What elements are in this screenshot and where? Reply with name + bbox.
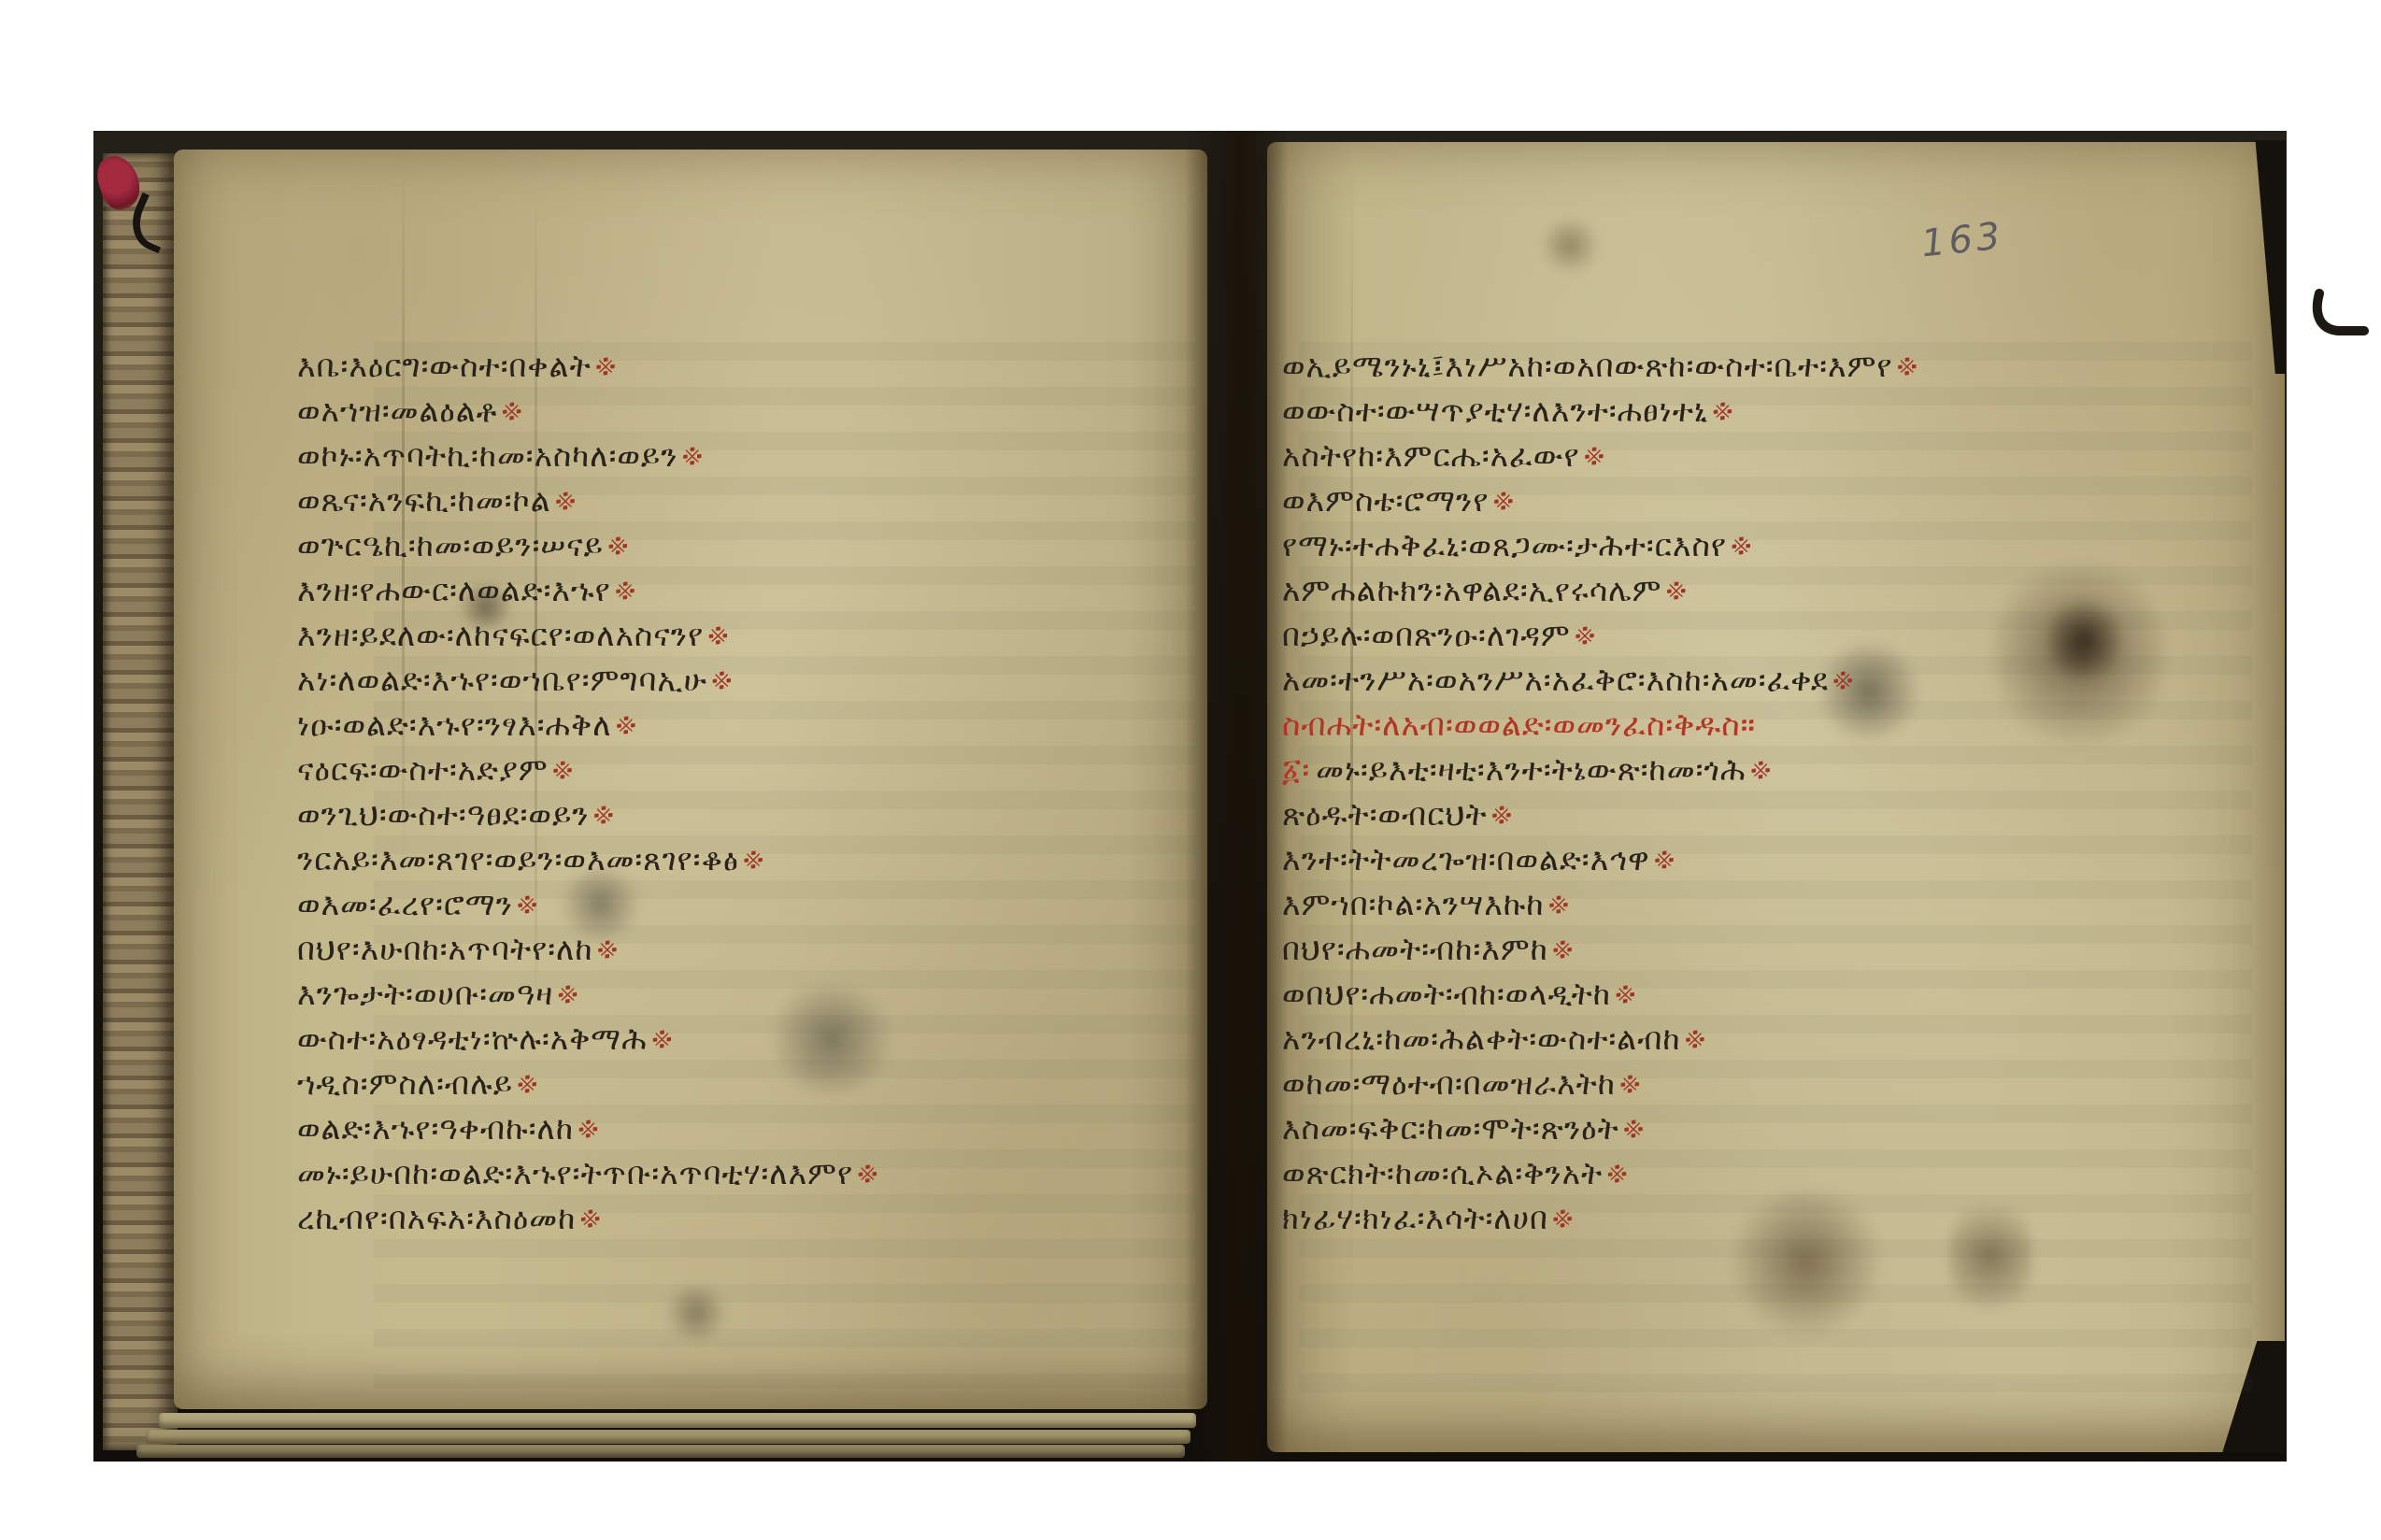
text-line: ኀዲስ፡ምስለ፡ብሉይ፠ (297, 1062, 879, 1106)
section-separator-mark: ፠ (579, 1200, 602, 1236)
gutter-shadow (1185, 131, 1288, 1462)
section-separator-mark: ፠ (1731, 527, 1753, 563)
section-separator-mark: ፠ (517, 886, 539, 922)
line-text: በህየ፡ሐመት፡ብከ፡እምከ (1282, 931, 1548, 967)
section-separator-mark: ፠ (597, 931, 620, 967)
line-text: ወልድ፡እኁየ፡ዓቀብኩ፡ለከ (297, 1110, 574, 1147)
section-separator-mark: ፠ (615, 572, 637, 608)
line-text: አንብረኒ፡ከመ፡ሕልቀት፡ውስተ፡ልብከ (1282, 1020, 1681, 1057)
line-text: ውስተ፡አዕፃዳቲነ፡ኵሉ፡አቅማሕ (297, 1020, 648, 1057)
section-separator-mark: ፠ (1552, 1200, 1575, 1236)
section-separator-mark: ፠ (1623, 1110, 1646, 1147)
line-text: ክነፊሃ፡ክነፈ፡እሳት፡ለሀበ (1282, 1200, 1548, 1236)
text-line: ወከመ፡ማዕተብ፡በመዝራእትከ፠ (1282, 1062, 1918, 1106)
line-text: ወጕርዔኪ፡ከመ፡ወይን፡ሠናይ (297, 527, 604, 563)
line-text: ናዕርፍ፡ውስተ፡አድያም (297, 751, 549, 788)
right-page-text: ወኢይሜንኑኒ፤እነሥአከ፡ወአበውጽከ፡ውስተ፡ቤተ፡እምየ፠ወውስተ፡ውሣጥ… (1282, 344, 1918, 1241)
line-text: ወንጊህ፡ውስተ፡ዓፀደ፡ወይን (297, 796, 590, 833)
page-stack-edge (136, 1445, 1185, 1458)
section-separator-mark: ፠ (707, 617, 730, 653)
text-line: ወእምስቴ፡ሮማንየ፠ (1282, 478, 1918, 523)
text-line: ወኮኑ፡አጥባትኪ፡ከመ፡አስካለ፡ወይን፠ (297, 434, 879, 478)
line-text: በህየ፡እሁበከ፡አጥባትየ፡ለከ (297, 931, 593, 967)
section-separator-mark: ፠ (651, 1020, 674, 1057)
text-line: ወልድ፡እኁየ፡ዓቀብኩ፡ለከ፠ (297, 1106, 879, 1151)
line-text: ወእመ፡ፈረየ፡ሮማን (297, 886, 513, 922)
section-separator-mark: ፠ (1575, 617, 1597, 653)
page-stack-edge (159, 1413, 1196, 1428)
section-separator-mark: ፠ (1615, 976, 1637, 1012)
text-line: በህየ፡ሐመት፡ብከ፡እምከ፠ (1282, 927, 1918, 972)
section-separator-mark: ፠ (743, 841, 765, 877)
line-text: እስመ፡ፍቅር፡ከመ፡ሞት፡ጽንዕት (1282, 1110, 1619, 1147)
line-text: ረኪብየ፡በአፍአ፡እስዕመከ (297, 1200, 576, 1236)
text-line: ወውስተ፡ውሣጥያቲሃ፡ለእንተ፡ሐፀነተኒ፠ (1282, 389, 1918, 434)
section-separator-mark: ፠ (1552, 931, 1575, 967)
text-line: ወኢይሜንኑኒ፤እነሥአከ፡ወአበውጽከ፡ውስተ፡ቤተ፡እምየ፠ (1282, 344, 1918, 389)
section-separator-mark: ፠ (1654, 841, 1676, 877)
section-separator-mark: ፠ (1685, 1020, 1707, 1057)
line-text: አምሐልኩክን፡አዋልደ፡ኢየሩሳሌም (1282, 572, 1661, 608)
line-text: ወጽርክት፡ከመ፡ሲኦል፡ቅንአት (1282, 1155, 1603, 1191)
line-text: ወውስተ፡ውሣጥያቲሃ፡ለእንተ፡ሐፀነተኒ (1282, 392, 1708, 429)
line-text: ወበህየ፡ሐመት፡ብከ፡ወላዲትከ (1282, 976, 1611, 1012)
line-text: መኑ፡ይሁበከ፡ወልድ፡እኁየ፡ትጥቡ፡አጥባቲሃ፡ለእምየ (297, 1155, 853, 1191)
line-text: የማኑ፡ተሐቅፈኒ፡ወጸጋሙ፡ታሕተ፡ርእስየ (1282, 527, 1727, 563)
text-line: ወንጊህ፡ውስተ፡ዓፀደ፡ወይን፠ (297, 792, 879, 837)
text-line: አመ፡ተንሥአ፡ወአንሥአ፡አፈቅሮ፡እስከ፡አመ፡ፈቀደ፠ (1282, 658, 1918, 703)
line-text: እንጐታት፡ወሀቡ፡መዓዛ (297, 976, 553, 1012)
text-line: ጽዕዱት፡ወብርህት፠ (1282, 792, 1918, 837)
section-separator-mark: ፠ (557, 976, 579, 1012)
section-separator-mark: ፠ (1712, 392, 1734, 429)
section-separator-mark: ፠ (1832, 662, 1855, 698)
line-text: አመ፡ተንሥአ፡ወአንሥአ፡አፈቅሮ፡እስከ፡አመ፡ፈቀደ (1282, 662, 1829, 698)
text-line: ወበህየ፡ሐመት፡ብከ፡ወላዲትከ፠ (1282, 972, 1918, 1017)
line-text: በኃይሉ፡ወበጽንዑ፡ለገዳም (1282, 617, 1571, 653)
text-line: የማኑ፡ተሐቅፈኒ፡ወጸጋሙ፡ታሕተ፡ርእስየ፠ (1282, 523, 1918, 568)
section-separator-mark: ፠ (501, 392, 523, 429)
left-page-text: እቤ፡እዕርግ፡ውስተ፡በቀልት፠ወአኀዝ፡መልዕልቶ፠ወኮኑ፡አጥባትኪ፡ከመ… (297, 344, 879, 1241)
line-text: ወአኀዝ፡መልዕልቶ (297, 392, 497, 429)
text-line: እንዘ፡ይደለው፡ለከናፍርየ፡ወለአስናንየ፠ (297, 613, 879, 658)
line-text: እንዘ፡የሐውር፡ለወልድ፡እኁየ (297, 572, 611, 608)
line-text: ጽዕዱት፡ወብርህት (1282, 796, 1488, 833)
text-line: ረኪብየ፡በአፍአ፡እስዕመከ፠ (297, 1196, 879, 1241)
text-line: ናዕርፍ፡ውስተ፡አድያም፠ (297, 748, 879, 792)
section-separator-mark: ፠ (1619, 1065, 1642, 1102)
stain (1948, 1191, 2032, 1322)
text-line: ነዑ፡ወልድ፡እኁየ፡ንፃእ፡ሐቅለ፠ (297, 703, 879, 748)
section-separator-mark: ፠ (593, 796, 616, 833)
text-line: ወአኀዝ፡መልዕልቶ፠ (297, 389, 879, 434)
line-text: ንርአይ፡እመ፡ጸገየ፡ወይን፡ወእመ፡ጸገየ፡ቆፅ (297, 841, 739, 877)
section-separator-mark: ፠ (711, 662, 734, 698)
line-text: ወከመ፡ማዕተብ፡በመዝራእትከ (1282, 1065, 1616, 1102)
text-line: ወጽርክት፡ከመ፡ሲኦል፡ቅንአት፠ (1282, 1151, 1918, 1196)
verse-numeral: ፩፡ (1282, 751, 1310, 788)
text-line: አነ፡ለወልድ፡እኁየ፡ወኀቤየ፡ምግባኢሁ፠ (297, 658, 879, 703)
text-line: እምኀበ፡ኮል፡አንሣእኩከ፠ (1282, 882, 1918, 927)
book-fore-edge (103, 153, 178, 1450)
scan-canvas: 163 እቤ፡እዕርግ፡ውስተ፡በቀልት፠ወአኀዝ፡መልዕልቶ፠ወኮኑ፡አጥባት… (0, 0, 2381, 1540)
text-line: እቤ፡እዕርግ፡ውስተ፡በቀልት፠ (297, 344, 879, 389)
text-line: ፩፡መኑ፡ይእቲ፡ዛቲ፡እንተ፡ትኔውጽ፡ከመ፡ጎሕ፠ (1282, 748, 1918, 792)
text-line: አንብረኒ፡ከመ፡ሕልቀት፡ውስተ፡ልብከ፠ (1282, 1017, 1918, 1062)
text-line: እንዘ፡የሐውር፡ለወልድ፡እኁየ፠ (297, 568, 879, 613)
section-separator-mark: ፠ (552, 751, 575, 788)
line-text: እንተ፡ትትመረጐዝ፡በወልድ፡እኅዋ (1282, 841, 1650, 877)
stain (1537, 220, 1603, 271)
line-text: እምኀበ፡ኮል፡አንሣእኩከ (1282, 886, 1545, 922)
section-separator-mark: ፠ (1665, 572, 1688, 608)
section-separator-mark: ፠ (857, 1155, 879, 1191)
section-separator-mark: ፠ (555, 482, 577, 519)
section-separator-mark: ፠ (1584, 437, 1606, 474)
text-line: ወጕርዔኪ፡ከመ፡ወይን፡ሠናይ፠ (297, 523, 879, 568)
line-text: መኑ፡ይእቲ፡ዛቲ፡እንተ፡ትኔውጽ፡ከመ፡ጎሕ (1316, 751, 1747, 788)
stain (663, 1285, 729, 1341)
section-separator-mark: ፠ (682, 437, 705, 474)
section-separator-mark: ፠ (1491, 796, 1514, 833)
text-line: ወጼና፡አንፍኪ፡ከመ፡ኮል፠ (297, 478, 879, 523)
folio-number: 163 (1919, 215, 2006, 266)
text-line: እንተ፡ትትመረጐዝ፡በወልድ፡እኅዋ፠ (1282, 837, 1918, 882)
text-line: እንጐታት፡ወሀቡ፡መዓዛ፠ (297, 972, 879, 1017)
line-text: ኀዲስ፡ምስለ፡ብሉይ (297, 1065, 513, 1102)
line-text: እቤ፡እዕርግ፡ውስተ፡በቀልት (297, 348, 592, 384)
stain (2046, 598, 2121, 682)
corner-ink-mark (2306, 288, 2377, 348)
text-line: እስመ፡ፍቅር፡ከመ፡ሞት፡ጽንዕት፠ (1282, 1106, 1918, 1151)
line-text: ስብሐት፡ለአብ፡ወወልድ፡ወመንፈስ፡ቅዱስ። (1282, 706, 1756, 743)
section-separator-mark: ፠ (1548, 886, 1571, 922)
text-line: በህየ፡እሁበከ፡አጥባትየ፡ለከ፠ (297, 927, 879, 972)
text-line: አምሐልኩክን፡አዋልደ፡ኢየሩሳሌም፠ (1282, 568, 1918, 613)
text-line: ወእመ፡ፈረየ፡ሮማን፠ (297, 882, 879, 927)
section-separator-mark: ፠ (607, 527, 630, 563)
text-line: በኃይሉ፡ወበጽንዑ፡ለገዳም፠ (1282, 613, 1918, 658)
line-text: አስትየከ፡እምርሔ፡አፈውየ (1282, 437, 1580, 474)
line-text: ወእምስቴ፡ሮማንየ (1282, 482, 1489, 519)
text-line: ክነፊሃ፡ክነፈ፡እሳት፡ለሀበ፠ (1282, 1196, 1918, 1241)
line-text: አነ፡ለወልድ፡እኁየ፡ወኀቤየ፡ምግባኢሁ (297, 662, 707, 698)
section-separator-mark: ፠ (595, 348, 618, 384)
text-line: መኑ፡ይሁበከ፡ወልድ፡እኁየ፡ትጥቡ፡አጥባቲሃ፡ለእምየ፠ (297, 1151, 879, 1196)
line-text: ነዑ፡ወልድ፡እኁየ፡ንፃእ፡ሐቅለ (297, 706, 612, 743)
line-text: ወጼና፡አንፍኪ፡ከመ፡ኮል (297, 482, 551, 519)
line-text: ወኮኑ፡አጥባትኪ፡ከመ፡አስካለ፡ወይን (297, 437, 678, 474)
section-separator-mark: ፠ (517, 1065, 539, 1102)
text-line: ንርአይ፡እመ፡ጸገየ፡ወይን፡ወእመ፡ጸገየ፡ቆፅ፠ (297, 837, 879, 882)
text-line: ውስተ፡አዕፃዳቲነ፡ኵሉ፡አቅማሕ፠ (297, 1017, 879, 1062)
text-line: አስትየከ፡እምርሔ፡አፈውየ፠ (1282, 434, 1918, 478)
section-separator-mark: ፠ (1897, 348, 1919, 384)
section-separator-mark: ፠ (1750, 751, 1773, 788)
text-line: ስብሐት፡ለአብ፡ወወልድ፡ወመንፈስ፡ቅዱስ። (1282, 703, 1918, 748)
section-separator-mark: ፠ (577, 1110, 600, 1147)
section-separator-mark: ፠ (1492, 482, 1515, 519)
page-stack-edge (146, 1430, 1190, 1444)
section-separator-mark: ፠ (616, 706, 638, 743)
line-text: ወኢይሜንኑኒ፤እነሥአከ፡ወአበውጽከ፡ውስተ፡ቤተ፡እምየ (1282, 348, 1893, 384)
line-text: እንዘ፡ይደለው፡ለከናፍርየ፡ወለአስናንየ (297, 617, 704, 653)
section-separator-mark: ፠ (1606, 1155, 1629, 1191)
